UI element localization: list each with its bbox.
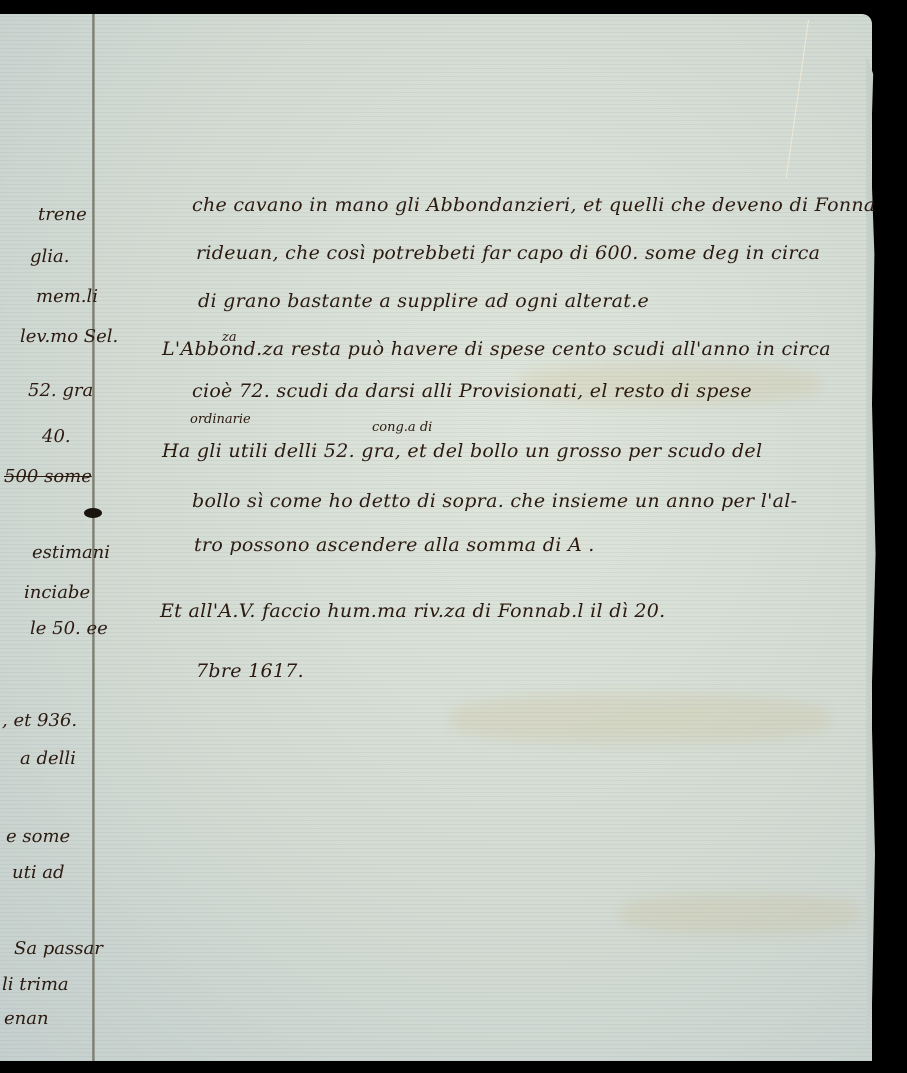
binding-hole	[84, 508, 102, 518]
text-line: L'Abbond.za resta può havere di spese ce…	[162, 338, 831, 360]
fragment: 40.	[42, 426, 71, 447]
fragment: li trima	[2, 974, 69, 995]
fragment: enan	[4, 1008, 49, 1029]
fragment: 52. gra	[28, 380, 93, 401]
fragment: Sa passar	[14, 938, 103, 959]
fragment: estimani	[32, 542, 110, 563]
fragment: a delli	[20, 748, 76, 769]
text-line: tro possono ascendere alla somma di A .	[194, 534, 595, 556]
interlinear-insertion: cong.a di	[372, 420, 432, 435]
text-line: che cavano in mano gli Abbondanzieri, et…	[192, 194, 876, 216]
interlinear-insertion: ordinarie	[190, 412, 251, 427]
fragment: glia.	[30, 246, 70, 267]
text-line: bollo sì come ho detto di sopra. che ins…	[192, 490, 797, 512]
fragment: trene	[38, 204, 87, 225]
fragment: mem.li	[36, 286, 98, 307]
fragment: inciabe	[24, 582, 90, 603]
page-fold-crease	[92, 14, 95, 1061]
water-stain	[450, 694, 830, 744]
fragment: uti ad	[12, 862, 65, 883]
fragment: le 50. ee	[30, 618, 108, 639]
closing-date: 7bre 1617.	[196, 660, 304, 682]
text-line: Et all'A.V. faccio hum.ma riv.za di Fonn…	[160, 600, 666, 622]
text-line: cioè 72. scudi da darsi alli Provisionat…	[192, 380, 752, 402]
text-line: Ha gli utili delli 52. gra, et del bollo…	[162, 440, 762, 462]
text-line: rideuan, che così potrebbeti far capo di…	[196, 242, 820, 264]
fragment: lev.mo Sel.	[20, 326, 118, 347]
fragment: , et 936.	[2, 710, 77, 731]
water-stain	[620, 894, 860, 934]
text-line: di grano bastante a supplire ad ogni alt…	[198, 290, 649, 312]
fragment: e some	[6, 826, 70, 847]
fragment-struck: 500 some	[4, 466, 92, 487]
